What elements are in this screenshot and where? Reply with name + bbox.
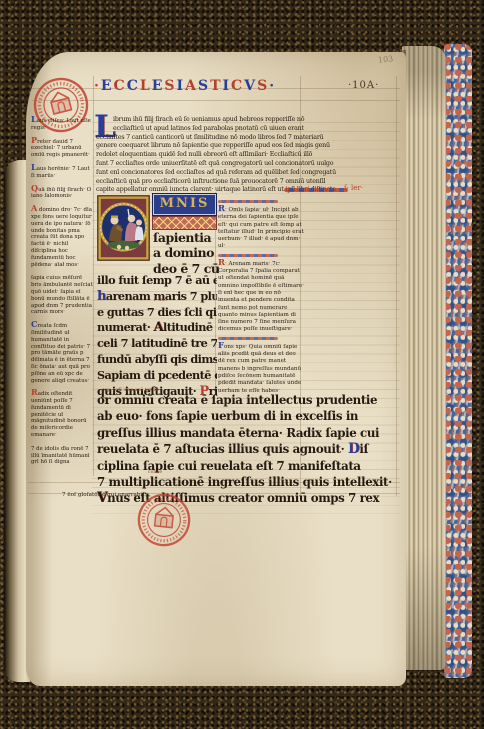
gloss-column-right: R· Omīs ſapia· uł· Incipit ab eterna dei… <box>218 198 304 398</box>
gloss-text: reter dauid 7 ezechiel· 7 urbanū omīū re… <box>31 139 90 159</box>
text-line: ciplina ſapie cui reuelata eſt 7 manifeſ… <box>97 458 401 474</box>
gloss-text: aus herēnie· 7 Laut ſi marūs· <box>31 166 90 179</box>
line-text: ciplina ſapie cui reuelata eſt 7 manifeſ… <box>97 459 361 473</box>
gloss-paragraph: Laus herēnie· 7 Laut ſi marūs· <box>31 164 94 180</box>
line-initial: A <box>154 320 163 335</box>
running-title-letter: S <box>257 78 269 94</box>
running-title-letter: I <box>222 78 231 94</box>
main-text-column: illo fuit ſemp 7 ē aū eui harenam maris … <box>97 273 217 399</box>
incipit-word: a domino <box>153 245 219 260</box>
gloss-text: uā ihū filij ſirach· O iano ſalomonis· <box>31 187 91 200</box>
gloss-paragraph: 7 de idolis dīa ronē 7 illū īmanitatē hū… <box>31 444 94 466</box>
running-title-letter: C <box>114 78 127 94</box>
historiated-initial-O <box>97 195 150 261</box>
ornament-bar <box>152 216 217 230</box>
gloss-text: ſapia cuius mēſurē bris āmbulantē neſcia… <box>31 275 93 315</box>
text-line: numerat· Altitudinē <box>97 320 217 336</box>
line-text: numerat· <box>97 320 154 334</box>
prologue-line: genere coequaret librum nō ſapientie que… <box>96 142 400 151</box>
line-initial: D <box>348 441 359 457</box>
gloss-paragraph: Fons xps· Quia omniū ſapie aliis pcedit … <box>218 337 304 395</box>
line-text: fundū abyſſi qis dims ē <box>97 352 217 366</box>
gloss-paragraph: Quā ihū filij ſirach· O iano ſalomonis· <box>31 185 94 201</box>
running-title-letter: C <box>231 78 244 94</box>
manuscript-page: ·ECCLESIASTICVS· ·10A· 103 L ibrum ihū f… <box>26 52 406 686</box>
text-line: Sapiam di pcedentē oia <box>97 368 217 384</box>
interlinear-note: coſme <box>148 470 162 475</box>
gloss-paragraph: Radix oſtendit ueniūnt poſſe 7 fundament… <box>31 389 94 439</box>
manuscript-photo: ·ECCLESIASTICVS· ·10A· 103 L ibrum ihū f… <box>0 0 484 729</box>
incipit-words: ſapientiaa dominodeo ē 7 cū <box>153 230 219 276</box>
gloss-text: · Omīs ſapia· uł· Incipit ab eterna dei … <box>218 207 304 249</box>
gloss-text: 7 de idolis dīa ronē 7 illū īmanitatē hū… <box>31 446 90 466</box>
running-title-letter: I <box>177 78 186 94</box>
text-line: greſſus illius mandata ēterna· Radix ſap… <box>97 425 401 441</box>
line-text: iſ <box>359 442 368 456</box>
gloss-column-left: Laus eliſea· Laut uſie regis· Preter dau… <box>31 116 94 471</box>
line-text: celi 7 latitudinē tre 7 pro <box>97 336 217 350</box>
running-title-letter: · <box>269 78 276 94</box>
line-text: illo fuit ſemp 7 ē aū eui <box>97 273 217 287</box>
running-title-letter: V <box>244 78 257 94</box>
text-line: fundū abyſſi qis dims ē <box>97 352 217 368</box>
text-line: illo fuit ſemp 7 ē aū eui <box>97 273 217 289</box>
text-line: celi 7 latitudinē tre 7 pro <box>97 336 217 352</box>
line-text: ab euo· fons ſapie uerbum di in excelſis… <box>97 409 358 423</box>
running-title-letter: C <box>127 78 140 94</box>
gloss-text: · Arenam maris· 7c· Corporalia 7 ſpalia … <box>218 261 304 333</box>
gloss-paragraph: A domino dro· 7c· dīa xpe fons uere loqu… <box>31 205 94 268</box>
incipit-word: ſapientia <box>153 230 219 245</box>
folio-number-ink: ·10A· <box>348 80 379 91</box>
running-title-letter: A <box>185 78 198 94</box>
gloss-paragraph: Preter dauid 7 ezechiel· 7 urbanū omīū r… <box>31 137 94 159</box>
gloss-paragraph: R· Omīs ſapia· uł· Incipit ab eterna dei… <box>218 200 304 251</box>
book-fore-edge <box>402 46 446 670</box>
running-title-letter: S <box>198 78 210 94</box>
running-title-letter: T <box>210 78 222 94</box>
incipit-panel: MNIS <box>152 193 217 216</box>
line-text: reuelata ē 7 aſtucias illius quis agnoui… <box>97 442 348 456</box>
gloss-initial: R <box>218 257 225 267</box>
gloss-text: reata ſcdm ſimilitudinē uł humanitatē in… <box>31 323 90 383</box>
running-title-letter: · <box>94 78 101 94</box>
prologue-line: redolet eloquentiam quidē ſed nulli ebre… <box>96 151 400 160</box>
running-title: ·ECCLESIASTICVS· <box>94 78 276 94</box>
prologue-line: ſunt enī concionatores ſed eccliaſtes ad… <box>96 169 400 178</box>
line-text: Sapiam di pcedentē oia <box>97 368 217 382</box>
running-title-letter: E <box>101 78 114 94</box>
marbled-endpaper <box>444 44 472 678</box>
interlinear-note: cap· ſcdī uſus anō tat lib <box>102 388 158 393</box>
folio-number-pencil: 103 <box>378 54 394 65</box>
penwork-line-filler <box>284 188 348 192</box>
historiated-initial-icon <box>97 195 150 261</box>
round-library-stamp-icon <box>136 492 192 548</box>
gloss-paragraph: ſapia cuius mēſurē bris āmbulantē neſcia… <box>31 273 94 316</box>
gloss-initial: R <box>31 387 38 397</box>
line-text: greſſus illius mandata ēterna· Radix ſap… <box>97 426 379 440</box>
prologue-line: ſunt 7 eccliaſtes orde uniuerſitatē eſt … <box>96 160 400 169</box>
gloss-text: ons xps· Quia omniū ſapie aliis pcedit q… <box>218 344 301 394</box>
text-line: ab euo· fons ſapie uerbum di in excelſis… <box>97 408 401 424</box>
running-title-letter: L <box>140 78 152 94</box>
prologue-line: eccliaſtes 7 canticū canticorū ut ſimili… <box>96 134 400 143</box>
gloss-text: aus eliſea· Laut uſie regis· <box>31 118 91 131</box>
line-initial: h <box>97 289 106 304</box>
gloss-initial: R <box>218 203 225 213</box>
line-text: ltitudinē <box>163 320 212 334</box>
running-title-letter: E <box>152 78 165 94</box>
main-text-fullwidth: or omniū creata ē ſapia intellectus prud… <box>97 392 401 507</box>
text-line: 7 multiplicationē ingreſſus illius quis … <box>97 474 401 490</box>
library-stamp-bottom <box>136 492 192 552</box>
running-title-letter: S <box>164 78 176 94</box>
text-line: reuelata ē 7 aſtucias illius quis agnoui… <box>97 441 401 457</box>
gloss-paragraph: R· Arenam maris· 7c· Corporalia 7 ſpalia… <box>218 254 304 334</box>
gloss-paragraph: Creata ſcdm ſimilitudinē uł humanitatē i… <box>31 321 94 384</box>
gloss-text: adix oſtendit ueniūnt poſſe 7 fundamentū… <box>31 391 87 438</box>
gloss-text: domino dro· 7c· dīa xpe fons uere loquit… <box>31 207 92 267</box>
gloss-initial: Q <box>31 183 38 193</box>
interlinear-note: ī· dnō <box>154 298 167 303</box>
prologue-line: eccliaſticū ut apud latinos ſed parabola… <box>113 125 400 134</box>
prologue-end-mark: ſ· ler· <box>344 184 363 192</box>
gloss-paragraph: Laus eliſea· Laut uſie regis· <box>31 116 94 132</box>
prologue-line: ibrum ihū filij ſirach eū ſe ueniamus ap… <box>113 116 400 125</box>
line-text: 7 multiplicationē ingreſſus illius quis … <box>97 475 392 489</box>
line-text: e guttas 7 dies ſcli qis di <box>97 305 217 319</box>
text-line: e guttas 7 dies ſcli qis di <box>97 305 217 321</box>
